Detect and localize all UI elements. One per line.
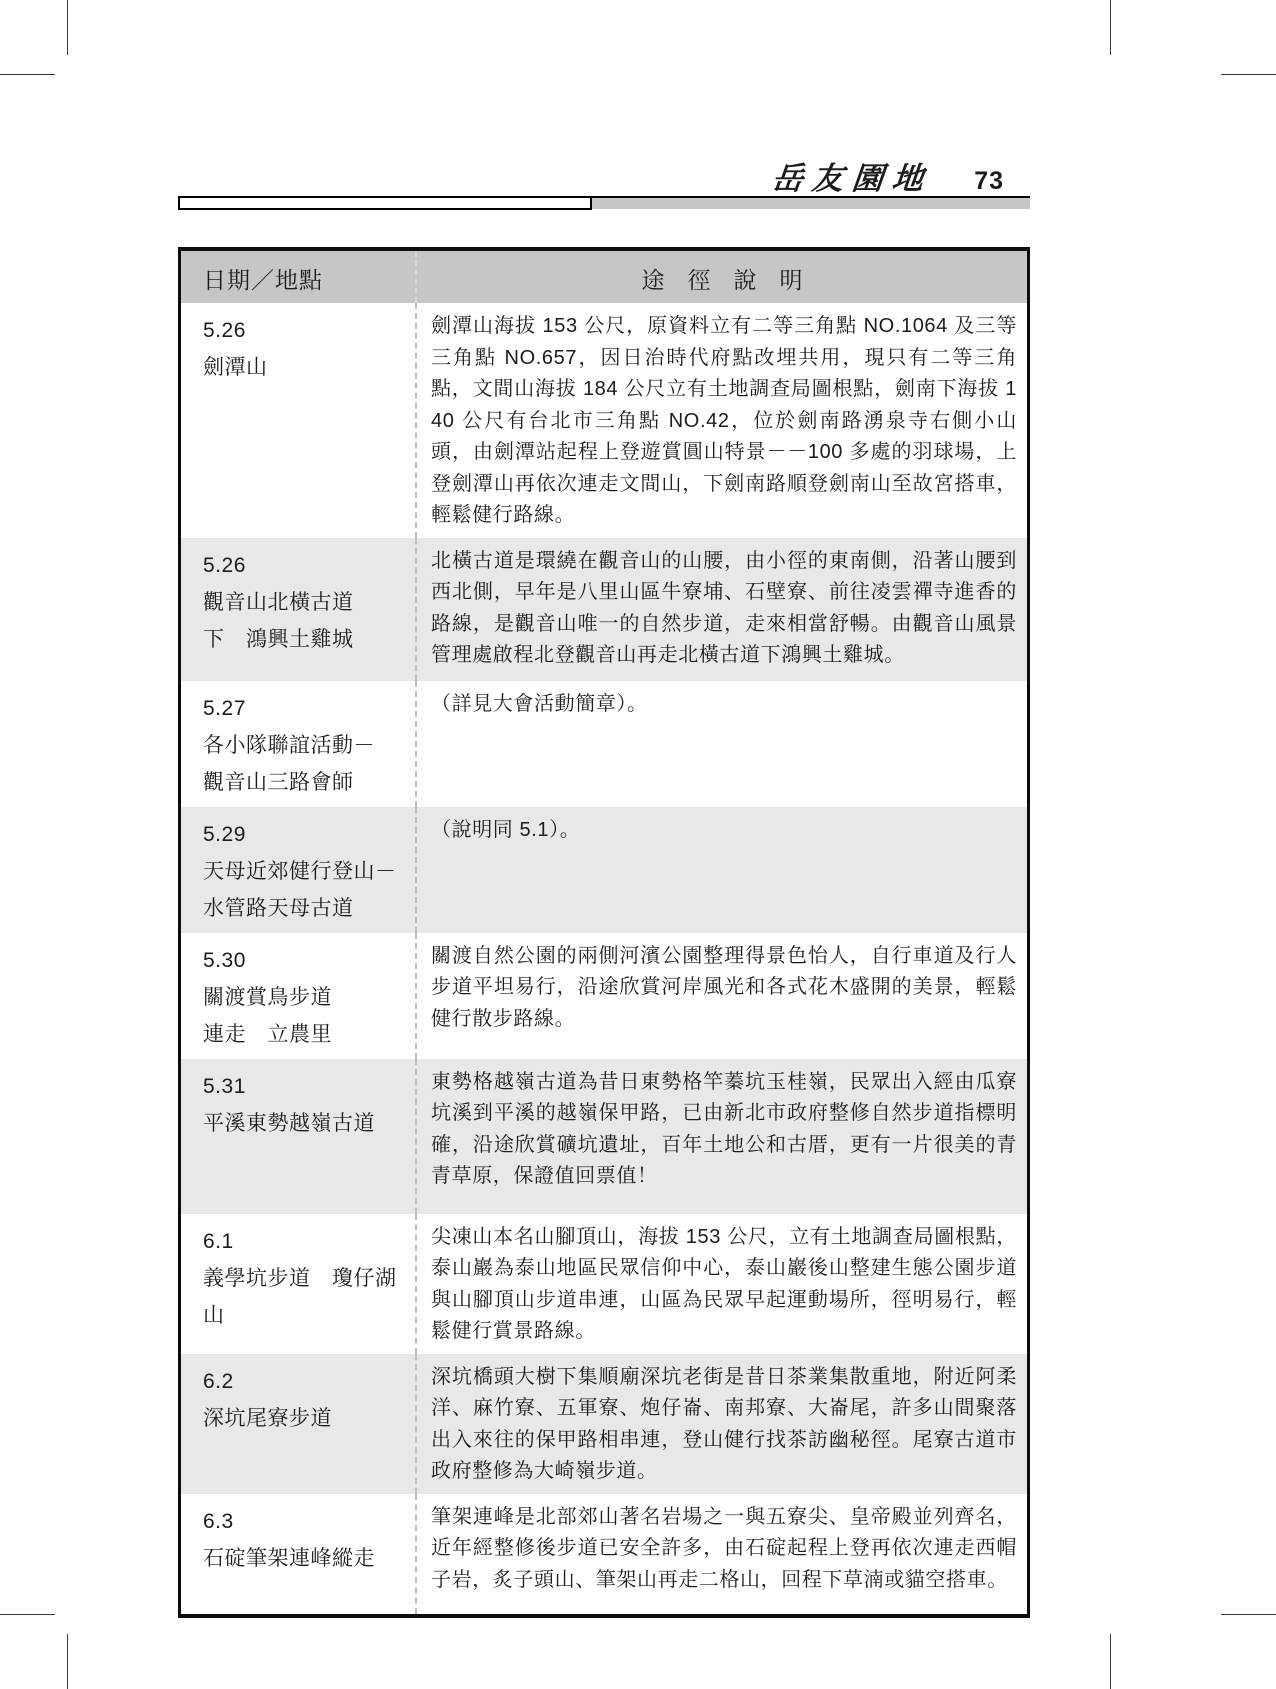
row-location-line: 下 鴻興土雞城 xyxy=(203,621,407,658)
row-description-cell: 深坑橋頭大樹下集順廟深坑老街是昔日茶業集散重地，附近阿柔洋、麻竹寮、五軍寮、炮仔… xyxy=(415,1354,1027,1494)
header-rule-right-segment xyxy=(592,196,1030,209)
row-date-location-cell: 5.31 平溪東勢越嶺古道 xyxy=(181,1059,415,1214)
row-description-cell: 北橫古道是環繞在觀音山的山腰，由小徑的東南側，沿著山腰到西北側，早年是八里山區牛… xyxy=(415,538,1027,681)
table-header-row: 日期／地點 途 徑 說 明 xyxy=(181,251,1027,303)
schedule-table: 日期／地點 途 徑 說 明 5.26 劍潭山 劍潭山海拔 153 公尺，原資料立… xyxy=(178,247,1030,1618)
table-row: 6.3 石碇筆架連峰縱走 筆架連峰是北部郊山著名岩場之一與五寮尖、皇帝殿並列齊名… xyxy=(181,1494,1027,1614)
row-date-location-cell: 5.26 劍潭山 xyxy=(181,303,415,538)
table-body: 5.26 劍潭山 劍潭山海拔 153 公尺，原資料立有二等三角點 NO.1064… xyxy=(181,303,1027,1614)
crop-mark-bottom-left-vertical xyxy=(67,1634,68,1689)
row-description: 尖凍山本名山腳頂山，海拔 153 公尺，立有土地調查局圖根點，泰山巖為泰山地區民… xyxy=(431,1222,1017,1348)
row-description: 北橫古道是環繞在觀音山的山腰，由小徑的東南側，沿著山腰到西北側，早年是八里山區牛… xyxy=(431,546,1017,672)
row-description-cell: 東勢格越嶺古道為昔日東勢格竿蓁坑玉桂嶺，民眾出入經由瓜寮坑溪到平溪的越嶺保甲路，… xyxy=(415,1059,1027,1214)
row-description: （詳見大會活動簡章）。 xyxy=(431,689,1017,721)
row-date: 6.3 xyxy=(203,1503,407,1540)
row-description-cell: 關渡自然公園的兩側河濱公園整理得景色怡人，自行車道及行人步道平坦易行，沿途欣賞河… xyxy=(415,933,1027,1059)
row-date: 5.30 xyxy=(203,942,407,979)
header-rule-left-segment xyxy=(178,196,592,210)
row-date: 5.26 xyxy=(203,547,407,584)
table-row: 5.27 各小隊聯誼活動－觀音山三路會師 （詳見大會活動簡章）。 xyxy=(181,681,1027,807)
row-date: 6.1 xyxy=(203,1223,407,1260)
magazine-title: 岳友園地 xyxy=(770,162,934,196)
page-header: 岳友園地 73 xyxy=(178,150,1030,196)
row-description-cell: 劍潭山海拔 153 公尺，原資料立有二等三角點 NO.1064 及三等三角點 N… xyxy=(415,303,1027,538)
table-row: 6.2 深坑尾寮步道 深坑橋頭大樹下集順廟深坑老街是昔日茶業集散重地，附近阿柔洋… xyxy=(181,1354,1027,1494)
row-date: 6.2 xyxy=(203,1363,407,1400)
row-location-line: 深坑尾寮步道 xyxy=(203,1400,407,1437)
table-row: 5.31 平溪東勢越嶺古道 東勢格越嶺古道為昔日東勢格竿蓁坑玉桂嶺，民眾出入經由… xyxy=(181,1059,1027,1214)
row-description: 筆架連峰是北部郊山著名岩場之一與五寮尖、皇帝殿並列齊名，近年經整修後步道已安全許… xyxy=(431,1502,1017,1597)
crop-mark-bottom-right-vertical xyxy=(1110,1634,1111,1689)
row-description: （說明同 5.1）。 xyxy=(431,815,1017,847)
row-date: 5.31 xyxy=(203,1068,407,1105)
row-location-line: 劍潭山 xyxy=(203,349,407,386)
row-date: 5.27 xyxy=(203,690,407,727)
row-location-line: 觀音山北橫古道 xyxy=(203,584,407,621)
crop-mark-top-right-vertical xyxy=(1110,0,1111,55)
row-location-line: 水管路天母古道 xyxy=(203,890,407,927)
column-header-date-location: 日期／地點 xyxy=(181,251,415,303)
row-description-cell: （詳見大會活動簡章）。 xyxy=(415,681,1027,807)
row-location-line: 連走 立農里 xyxy=(203,1016,407,1053)
row-date-location-cell: 5.27 各小隊聯誼活動－觀音山三路會師 xyxy=(181,681,415,807)
crop-mark-top-left-horizontal xyxy=(0,74,55,75)
row-location-line: 義學坑步道 瓊仔湖山 xyxy=(203,1260,407,1334)
row-date: 5.29 xyxy=(203,816,407,853)
column-header-route-description: 途 徑 說 明 xyxy=(415,251,1027,303)
row-description: 東勢格越嶺古道為昔日東勢格竿蓁坑玉桂嶺，民眾出入經由瓜寮坑溪到平溪的越嶺保甲路，… xyxy=(431,1067,1017,1193)
row-date-location-cell: 6.2 深坑尾寮步道 xyxy=(181,1354,415,1494)
header-rule xyxy=(178,196,1030,210)
row-location-line: 石碇筆架連峰縱走 xyxy=(203,1540,407,1577)
page-number: 73 xyxy=(974,166,1004,196)
table-row: 5.30 關渡賞鳥步道連走 立農里 關渡自然公園的兩側河濱公園整理得景色怡人，自… xyxy=(181,933,1027,1059)
crop-mark-top-left-vertical xyxy=(67,0,68,55)
table-row: 6.1 義學坑步道 瓊仔湖山 尖凍山本名山腳頂山，海拔 153 公尺，立有土地調… xyxy=(181,1214,1027,1354)
crop-mark-bottom-left-horizontal xyxy=(0,1614,55,1615)
table-row: 5.29 天母近郊健行登山－水管路天母古道 （說明同 5.1）。 xyxy=(181,807,1027,933)
row-description-cell: （說明同 5.1）。 xyxy=(415,807,1027,933)
row-date-location-cell: 6.1 義學坑步道 瓊仔湖山 xyxy=(181,1214,415,1354)
row-location-line: 各小隊聯誼活動－ xyxy=(203,727,407,764)
row-description: 劍潭山海拔 153 公尺，原資料立有二等三角點 NO.1064 及三等三角點 N… xyxy=(431,311,1017,532)
row-date-location-cell: 5.30 關渡賞鳥步道連走 立農里 xyxy=(181,933,415,1059)
row-date-location-cell: 5.29 天母近郊健行登山－水管路天母古道 xyxy=(181,807,415,933)
crop-mark-top-right-horizontal xyxy=(1221,74,1276,75)
row-date-location-cell: 5.26 觀音山北橫古道下 鴻興土雞城 xyxy=(181,538,415,681)
row-description-cell: 筆架連峰是北部郊山著名岩場之一與五寮尖、皇帝殿並列齊名，近年經整修後步道已安全許… xyxy=(415,1494,1027,1614)
table-row: 5.26 觀音山北橫古道下 鴻興土雞城 北橫古道是環繞在觀音山的山腰，由小徑的東… xyxy=(181,538,1027,681)
row-description-cell: 尖凍山本名山腳頂山，海拔 153 公尺，立有土地調查局圖根點，泰山巖為泰山地區民… xyxy=(415,1214,1027,1354)
row-description: 深坑橋頭大樹下集順廟深坑老街是昔日茶業集散重地，附近阿柔洋、麻竹寮、五軍寮、炮仔… xyxy=(431,1362,1017,1488)
row-location-line: 平溪東勢越嶺古道 xyxy=(203,1105,407,1142)
row-location-line: 天母近郊健行登山－ xyxy=(203,853,407,890)
row-location-line: 關渡賞鳥步道 xyxy=(203,979,407,1016)
row-location-line: 觀音山三路會師 xyxy=(203,764,407,801)
row-date: 5.26 xyxy=(203,312,407,349)
crop-mark-bottom-right-horizontal xyxy=(1221,1614,1276,1615)
row-description: 關渡自然公園的兩側河濱公園整理得景色怡人，自行車道及行人步道平坦易行，沿途欣賞河… xyxy=(431,941,1017,1036)
row-date-location-cell: 6.3 石碇筆架連峰縱走 xyxy=(181,1494,415,1614)
table-row: 5.26 劍潭山 劍潭山海拔 153 公尺，原資料立有二等三角點 NO.1064… xyxy=(181,303,1027,538)
